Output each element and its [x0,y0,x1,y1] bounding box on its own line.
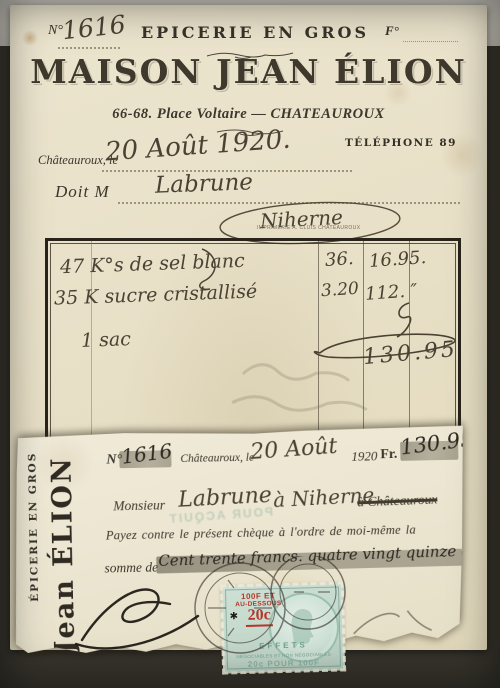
telephone-label: TÉLÉPHONE 89 [345,137,457,149]
cheque-place-label: Châteauroux, le [180,452,254,465]
handwritten-date: 20 Août 1920. [104,125,291,168]
number-dotted-line [58,47,120,49]
salutation-label: Monsieur [113,497,165,514]
folio-label: F° [385,23,399,39]
folio-dotted-line [403,41,458,42]
pencil-bleedthrough-scribble [228,360,408,436]
cheque-currency-label: Fr. [380,447,397,463]
item-amount: 16.95. [368,247,427,272]
handwritten-cheque-amount: 130.95 [399,427,475,460]
printer-credit: IMPRIMERIE A. CLUIS CHATEAUROUX [257,225,360,231]
item-unit-price: 3.20 [320,279,359,302]
struck-place-text: à Châteauroux [357,491,438,510]
trade-header: EPICERIE EN GROS [120,23,390,42]
company-title: MAISON JEAN ÉLION [10,52,487,91]
item-unit-price: 36. [324,248,354,271]
signature-flourish [72,578,212,658]
item-description: 1 sac [81,328,132,352]
company-address: 66-68. Place Voltaire — CHATEAUROUX [10,106,487,123]
handwritten-debtor-name: Labrune [155,169,254,198]
debit-label: Doit M [55,182,110,202]
invoice-number-handwritten: 1616 [61,10,127,45]
sum-label: somme de [104,560,158,577]
cheque-side-trade-label: ÉPICERIE EN GROS [26,452,41,602]
photo-backdrop: N° 1616 EPICERIE EN GROS F° MAISON JEAN … [0,0,500,688]
pay-order-line: Payez contre le présent chèque à l'ordre… [106,522,464,544]
cheque-year-printed: 1920 [351,448,377,464]
item-description: 35 K sucre cristallisé [54,280,258,309]
handwritten-cheque-date: 20 Août [249,434,338,465]
